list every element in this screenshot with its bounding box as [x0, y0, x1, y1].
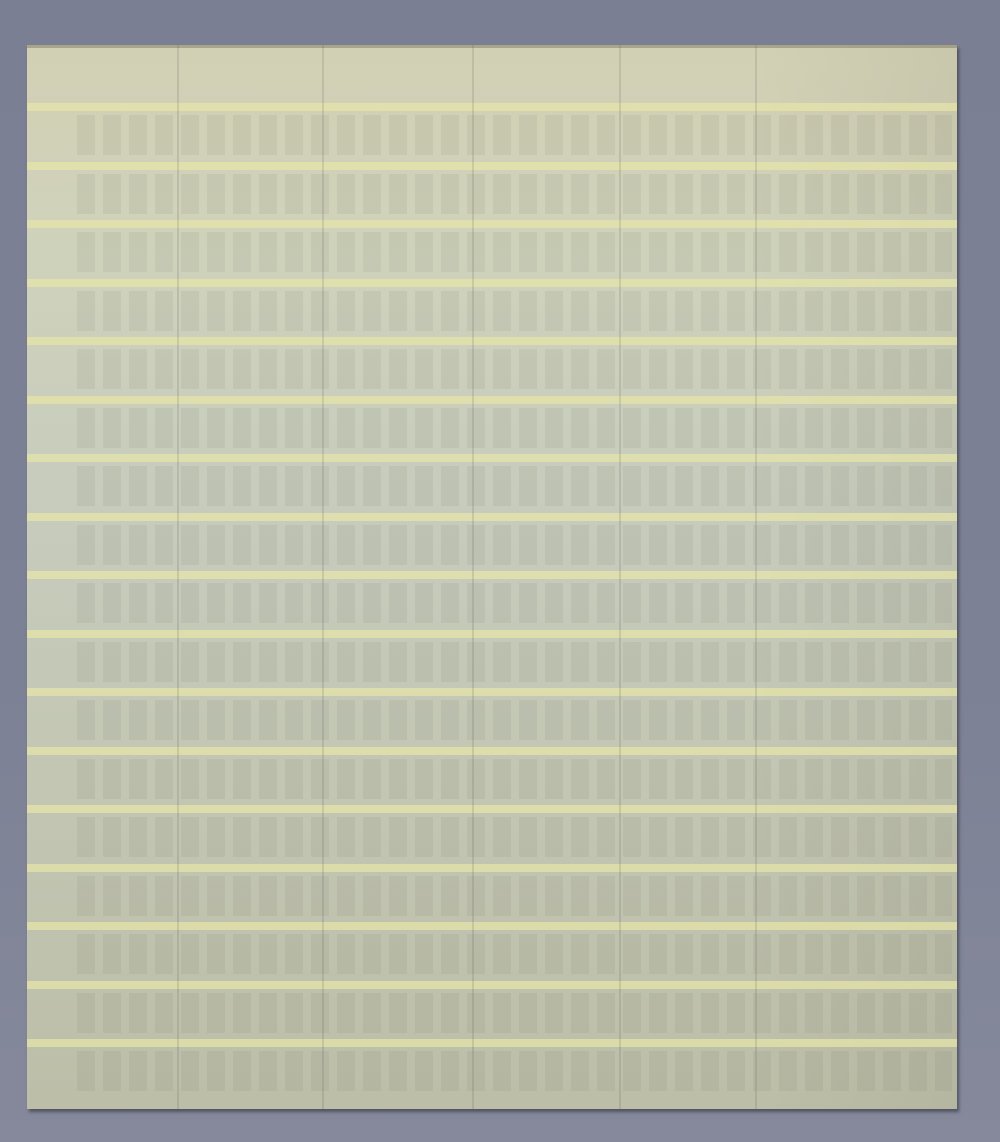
show-through-text-band: [77, 642, 952, 682]
show-through-text-band: [77, 525, 952, 565]
horizontal-stripe: [27, 747, 957, 755]
show-through-text-band: [77, 934, 952, 974]
horizontal-stripe: [27, 571, 957, 579]
column-divider-line: [472, 45, 474, 1109]
show-through-text-band: [77, 408, 952, 448]
show-through-text-band: [77, 583, 952, 623]
show-through-text-band: [77, 115, 952, 155]
show-through-text-band: [77, 174, 952, 214]
horizontal-stripe: [27, 981, 957, 989]
horizontal-stripe: [27, 1039, 957, 1047]
horizontal-stripe: [27, 396, 957, 404]
show-through-text-band: [77, 349, 952, 389]
horizontal-stripe: [27, 864, 957, 872]
show-through-text-band: [77, 759, 952, 799]
horizontal-stripe: [27, 922, 957, 930]
show-through-text-band: [77, 466, 952, 506]
horizontal-stripe: [27, 454, 957, 462]
horizontal-stripe: [27, 688, 957, 696]
horizontal-stripe: [27, 805, 957, 813]
board-panel: [27, 45, 957, 1109]
show-through-text-band: [77, 1051, 952, 1091]
horizontal-stripe: [27, 513, 957, 521]
horizontal-stripe: [27, 630, 957, 638]
show-through-text-band: [77, 817, 952, 857]
show-through-text-band: [77, 232, 952, 272]
show-through-text-band: [77, 700, 952, 740]
column-divider-line: [755, 45, 757, 1109]
show-through-text-band: [77, 993, 952, 1033]
show-through-text-band: [77, 291, 952, 331]
horizontal-stripe: [27, 279, 957, 287]
horizontal-stripe: [27, 103, 957, 111]
column-divider-line: [177, 45, 179, 1109]
horizontal-stripe: [27, 162, 957, 170]
horizontal-stripe: [27, 337, 957, 345]
column-divider-line: [619, 45, 621, 1109]
column-divider-line: [322, 45, 324, 1109]
horizontal-stripe: [27, 220, 957, 228]
show-through-text-band: [77, 876, 952, 916]
